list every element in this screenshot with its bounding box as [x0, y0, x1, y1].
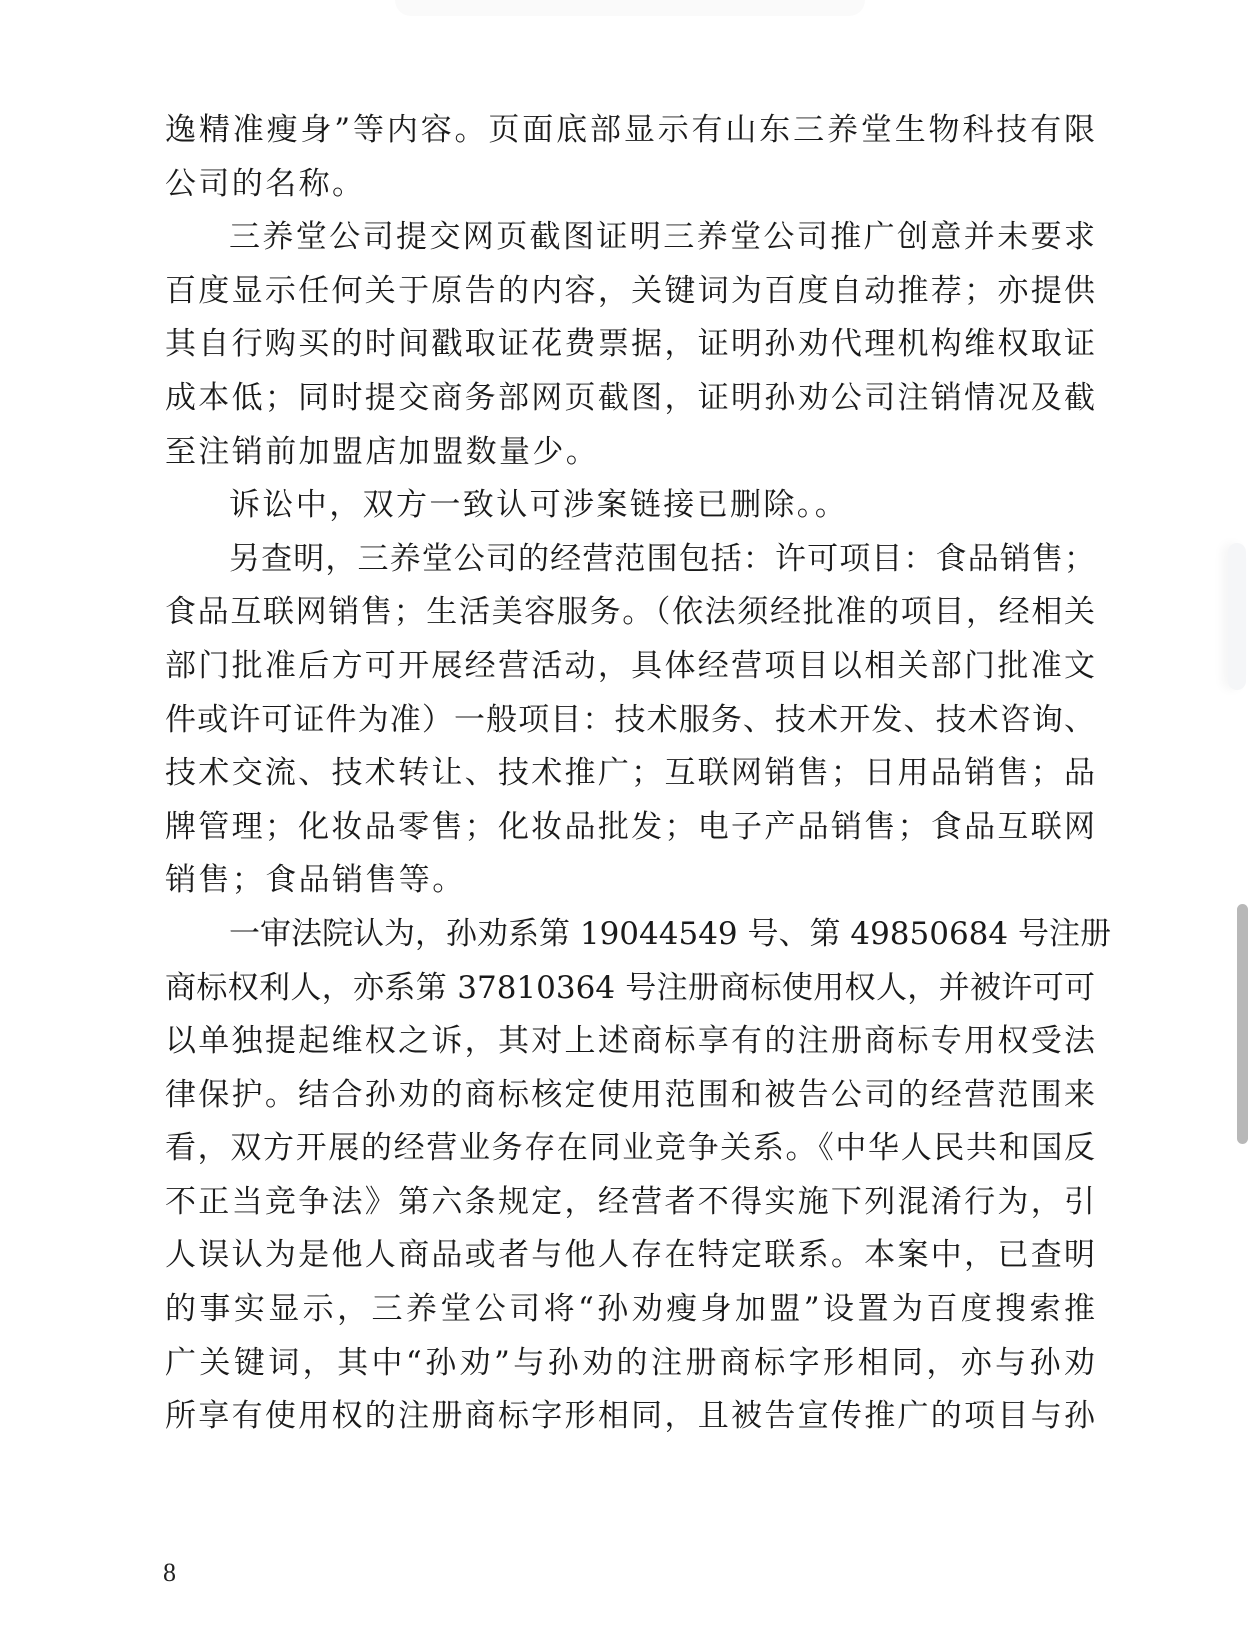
text-line: 商标权利人，亦系第 37810364 号注册商标使用权人，并被许可可 — [165, 962, 1095, 1016]
text-line: 诉讼中，双方一致认可涉案链接已删除。。 — [165, 479, 1095, 533]
text-line: 律保护。结合孙劝的商标核定使用范围和被告公司的经营范围来 — [165, 1069, 1095, 1123]
text-line: 一审法院认为，孙劝系第 19044549 号、第 49850684 号注册 — [165, 908, 1095, 962]
text-line: 所享有使用权的注册商标字形相同，且被告宣传推广的项目与孙 — [165, 1390, 1095, 1444]
text-line: 其自行购买的时间戳取证花费票据，证明孙劝代理机构维权取证 — [165, 318, 1095, 372]
text-line: 看，双方开展的经营业务存在同业竞争关系。《中华人民共和国反 — [165, 1122, 1095, 1176]
text-line: 不正当竞争法》第六条规定，经营者不得实施下列混淆行为，引 — [165, 1176, 1095, 1230]
text-line: 技术交流、技术转让、技术推广；互联网销售；日用品销售；品 — [165, 747, 1095, 801]
text-line: 食品互联网销售；生活美容服务。（依法须经批准的项目，经相关 — [165, 586, 1095, 640]
document-page: 逸精准瘦身”等内容。页面底部显示有山东三养堂生物科技有限 公司的名称。 三养堂公… — [165, 104, 1095, 1444]
vertical-scrollbar-thumb[interactable] — [1237, 904, 1248, 1144]
text-line: 的事实显示，三养堂公司将“孙劝瘦身加盟”设置为百度搜索推 — [165, 1283, 1095, 1337]
text-line: 广关键词，其中“孙劝”与孙劝的注册商标字形相同，亦与孙劝 — [165, 1337, 1095, 1391]
text-line: 公司的名称。 — [165, 158, 1095, 212]
text-line: 人误认为是他人商品或者与他人存在特定联系。本案中，已查明 — [165, 1229, 1095, 1283]
text-line: 部门批准后方可开展经营活动，具体经营项目以相关部门批准文 — [165, 640, 1095, 694]
text-line: 至注销前加盟店加盟数量少。 — [165, 426, 1095, 480]
text-line: 牌管理；化妆品零售；化妆品批发；电子产品销售；食品互联网 — [165, 801, 1095, 855]
text-line: 销售；食品销售等。 — [165, 854, 1095, 908]
overlay-scroll-handle[interactable] — [1228, 543, 1246, 690]
text-line: 另查明，三养堂公司的经营范围包括：许可项目：食品销售； — [165, 533, 1095, 587]
text-line: 百度显示任何关于原告的内容，关键词为百度自动推荐；亦提供 — [165, 265, 1095, 319]
text-line: 成本低；同时提交商务部网页截图，证明孙劝公司注销情况及截 — [165, 372, 1095, 426]
text-line: 以单独提起维权之诉，其对上述商标享有的注册商标专用权受法 — [165, 1015, 1095, 1069]
text-line: 三养堂公司提交网页截图证明三养堂公司推广创意并未要求 — [165, 211, 1095, 265]
text-line: 件或许可证件为准）一般项目：技术服务、技术开发、技术咨询、 — [165, 694, 1095, 748]
page-number: 8 — [163, 1558, 176, 1588]
text-line: 逸精准瘦身”等内容。页面底部显示有山东三养堂生物科技有限 — [165, 104, 1095, 158]
top-shade — [395, 0, 865, 16]
